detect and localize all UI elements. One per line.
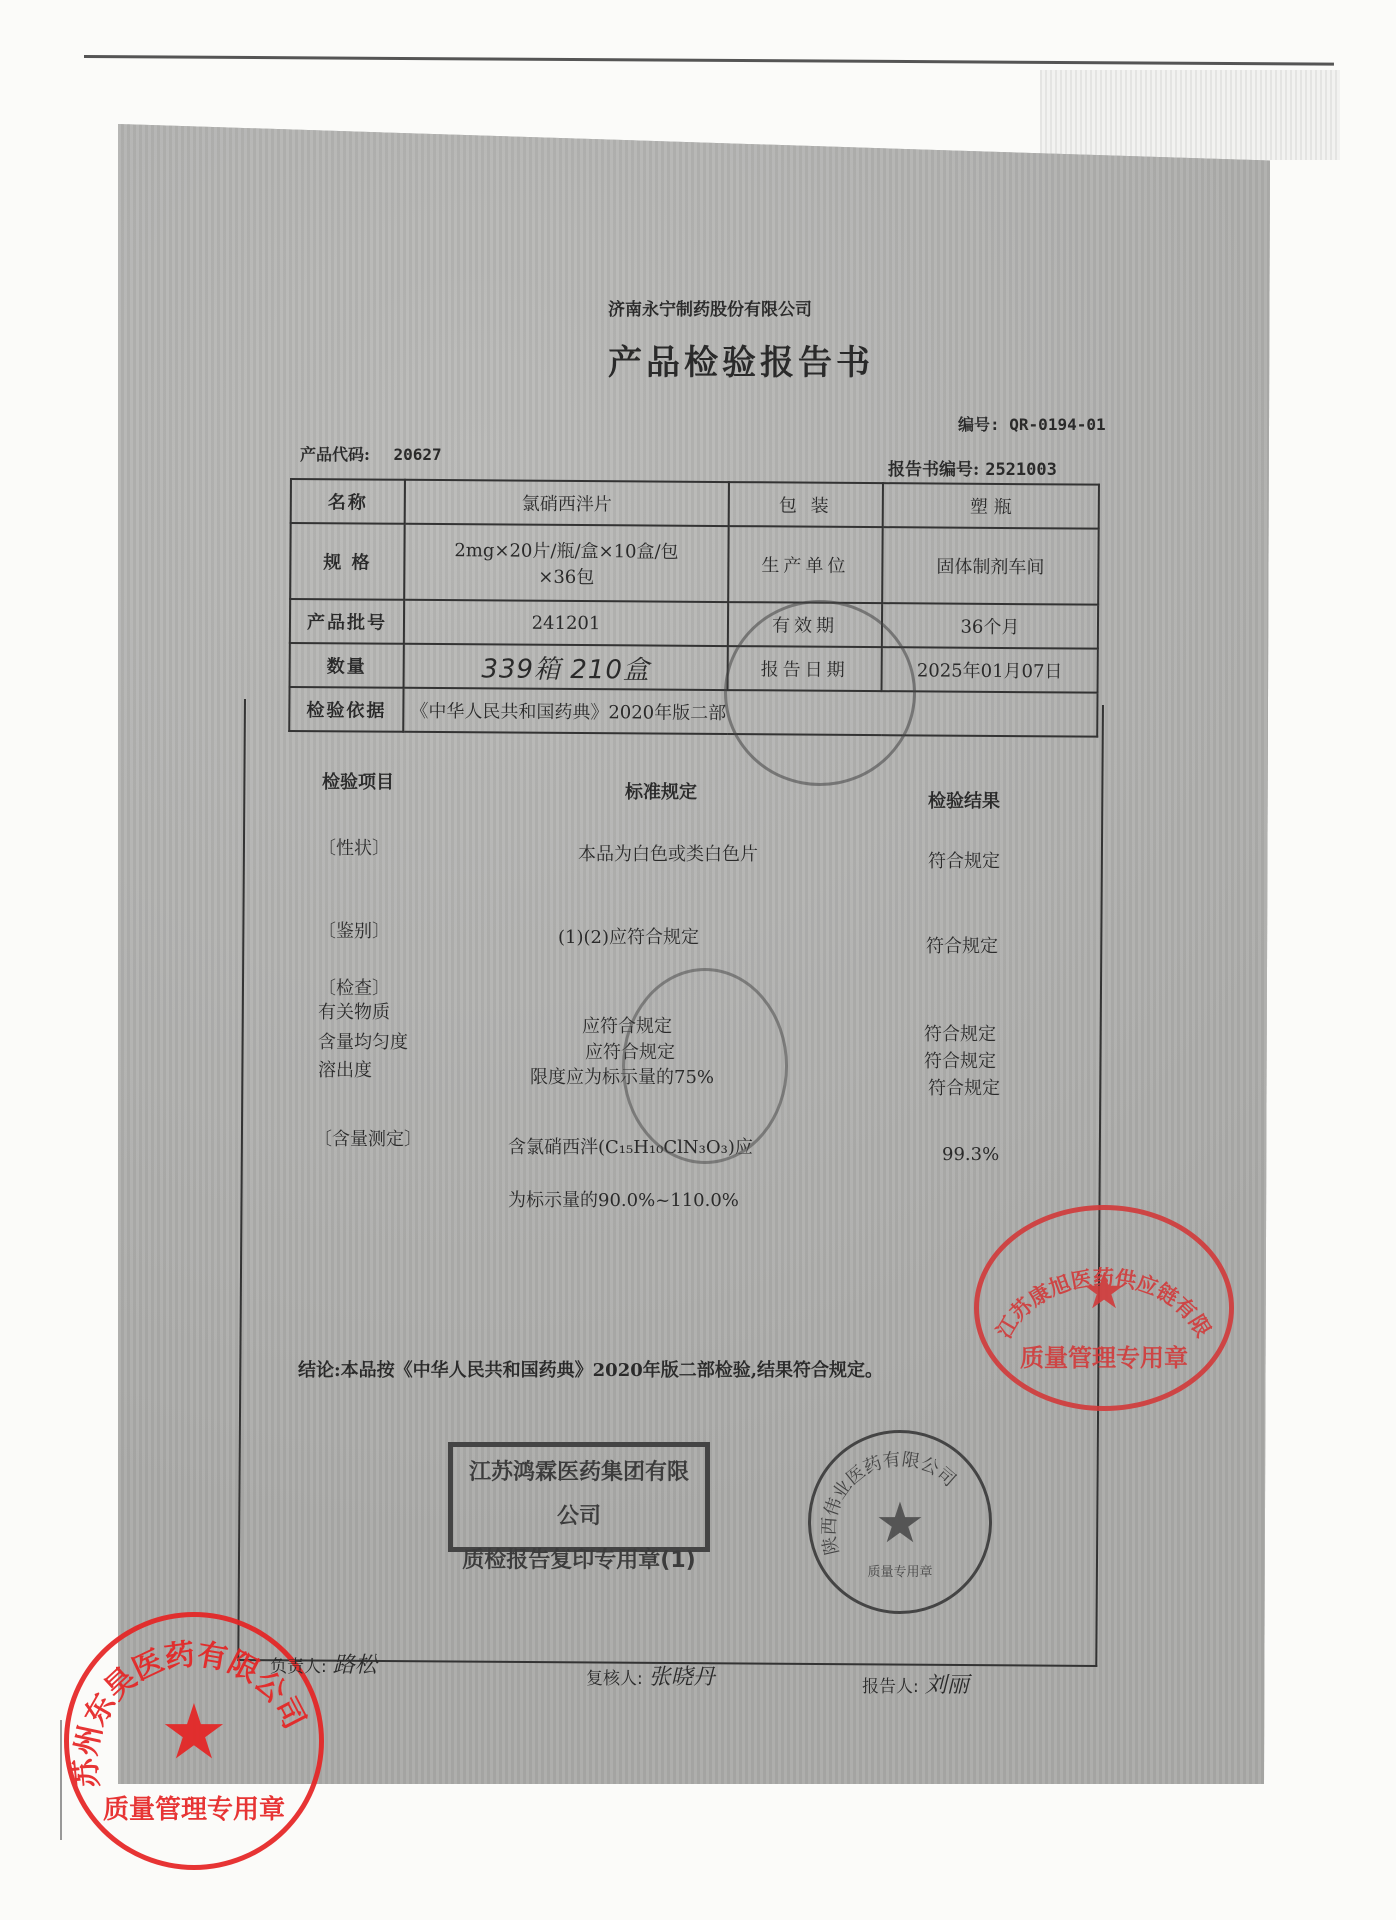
copy-stamp-rect: 江苏鸿霖医药集团有限公司 质检报告复印专用章(1) <box>448 1442 710 1552</box>
report-number: 报告书编号: 2521003 <box>888 455 1057 480</box>
quantity-label: 数量 <box>290 643 404 688</box>
star-icon: ★ <box>875 1491 925 1556</box>
product-code: 产品代码: 20627 <box>300 442 442 465</box>
result-value: 符合规定 <box>928 847 1000 873</box>
conclusion: 结论:本品按《中华人民共和国药典》2020年版二部检验,结果符合规定。 <box>298 1356 883 1382</box>
inspection-report: 济南永宁制药股份有限公司 产品检验报告书 编号: QR-0194-01 产品代码… <box>0 0 1396 1920</box>
faint-round-stamp <box>622 968 788 1164</box>
form-code: 编号: QR-0194-01 <box>958 412 1106 435</box>
name-label: 名称 <box>291 479 405 524</box>
table-row: 产品批号 241201 有效期 36个月 <box>290 599 1098 649</box>
header-standard: 标准规定 <box>625 778 697 804</box>
result-item: 〔检查〕 <box>318 974 390 1000</box>
product-name: 氯硝西泮片 <box>405 480 729 526</box>
result-item: 〔鉴别〕 <box>318 917 390 943</box>
package-label: 包 装 <box>729 482 883 527</box>
spec-label: 规 格 <box>290 523 405 600</box>
result-standard: 本品为白色或类白色片 <box>578 840 758 866</box>
header-result: 检验结果 <box>928 787 1000 813</box>
result-value: 符合规定 <box>924 1020 996 1046</box>
batch-value: 241201 <box>404 600 728 646</box>
faint-round-stamp <box>724 600 916 786</box>
quantity-value: 339箱 210盒 <box>404 644 728 690</box>
result-item: 溶出度 <box>318 1056 372 1082</box>
responsible-signature: 负责人:路松 <box>270 1648 377 1679</box>
result-value: 符合规定 <box>926 932 998 958</box>
star-icon: ★ <box>1082 1262 1127 1320</box>
validity-value: 36个月 <box>882 603 1098 649</box>
result-item: 〔性状〕 <box>318 834 390 860</box>
quality-stamp-round-gray: 陕西伟业医药有限公司 ★ 质量专用章 <box>808 1430 992 1614</box>
product-info-table: 名称 氯硝西泮片 包 装 塑 瓶 规 格 2mg×20片/瓶/盒×10盒/包 ×… <box>288 478 1100 738</box>
result-item: 含量均匀度 <box>318 1028 408 1054</box>
result-value: 99.3% <box>942 1144 999 1165</box>
company-name: 济南永宁制药股份有限公司 <box>608 295 812 320</box>
spec-value: 2mg×20片/瓶/盒×10盒/包 ×36包 <box>404 524 729 602</box>
table-row: 名称 氯硝西泮片 包 装 塑 瓶 <box>291 479 1099 529</box>
report-title: 产品检验报告书 <box>608 335 874 384</box>
header-item: 检验项目 <box>322 768 394 794</box>
table-row: 数量 339箱 210盒 报告日期 2025年01月07日 <box>290 643 1098 693</box>
result-item: 〔含量测定〕 <box>314 1125 422 1151</box>
result-value: 符合规定 <box>928 1074 1000 1100</box>
result-value: 符合规定 <box>924 1047 996 1073</box>
reporter-signature: 报告人:刘丽 <box>862 1668 969 1699</box>
package-value: 塑 瓶 <box>883 483 1099 529</box>
result-standard: 为标示量的90.0%~110.0% <box>508 1186 739 1212</box>
reviewer-signature: 复核人:张晓丹 <box>586 1660 715 1691</box>
result-standard: (1)(2)应符合规定 <box>558 923 699 949</box>
star-icon: ★ <box>160 1687 228 1776</box>
batch-label: 产品批号 <box>290 599 404 644</box>
quality-stamp-oval-red: 江苏康旭医药供应链有限公司 ★ 质量管理专用章 <box>974 1205 1234 1411</box>
table-row: 规 格 2mg×20片/瓶/盒×10盒/包 ×36包 生产单位 固体制剂车间 <box>290 523 1099 605</box>
producer-label: 生产单位 <box>728 526 883 603</box>
result-item: 有关物质 <box>318 998 390 1024</box>
producer-value: 固体制剂车间 <box>882 527 1099 605</box>
